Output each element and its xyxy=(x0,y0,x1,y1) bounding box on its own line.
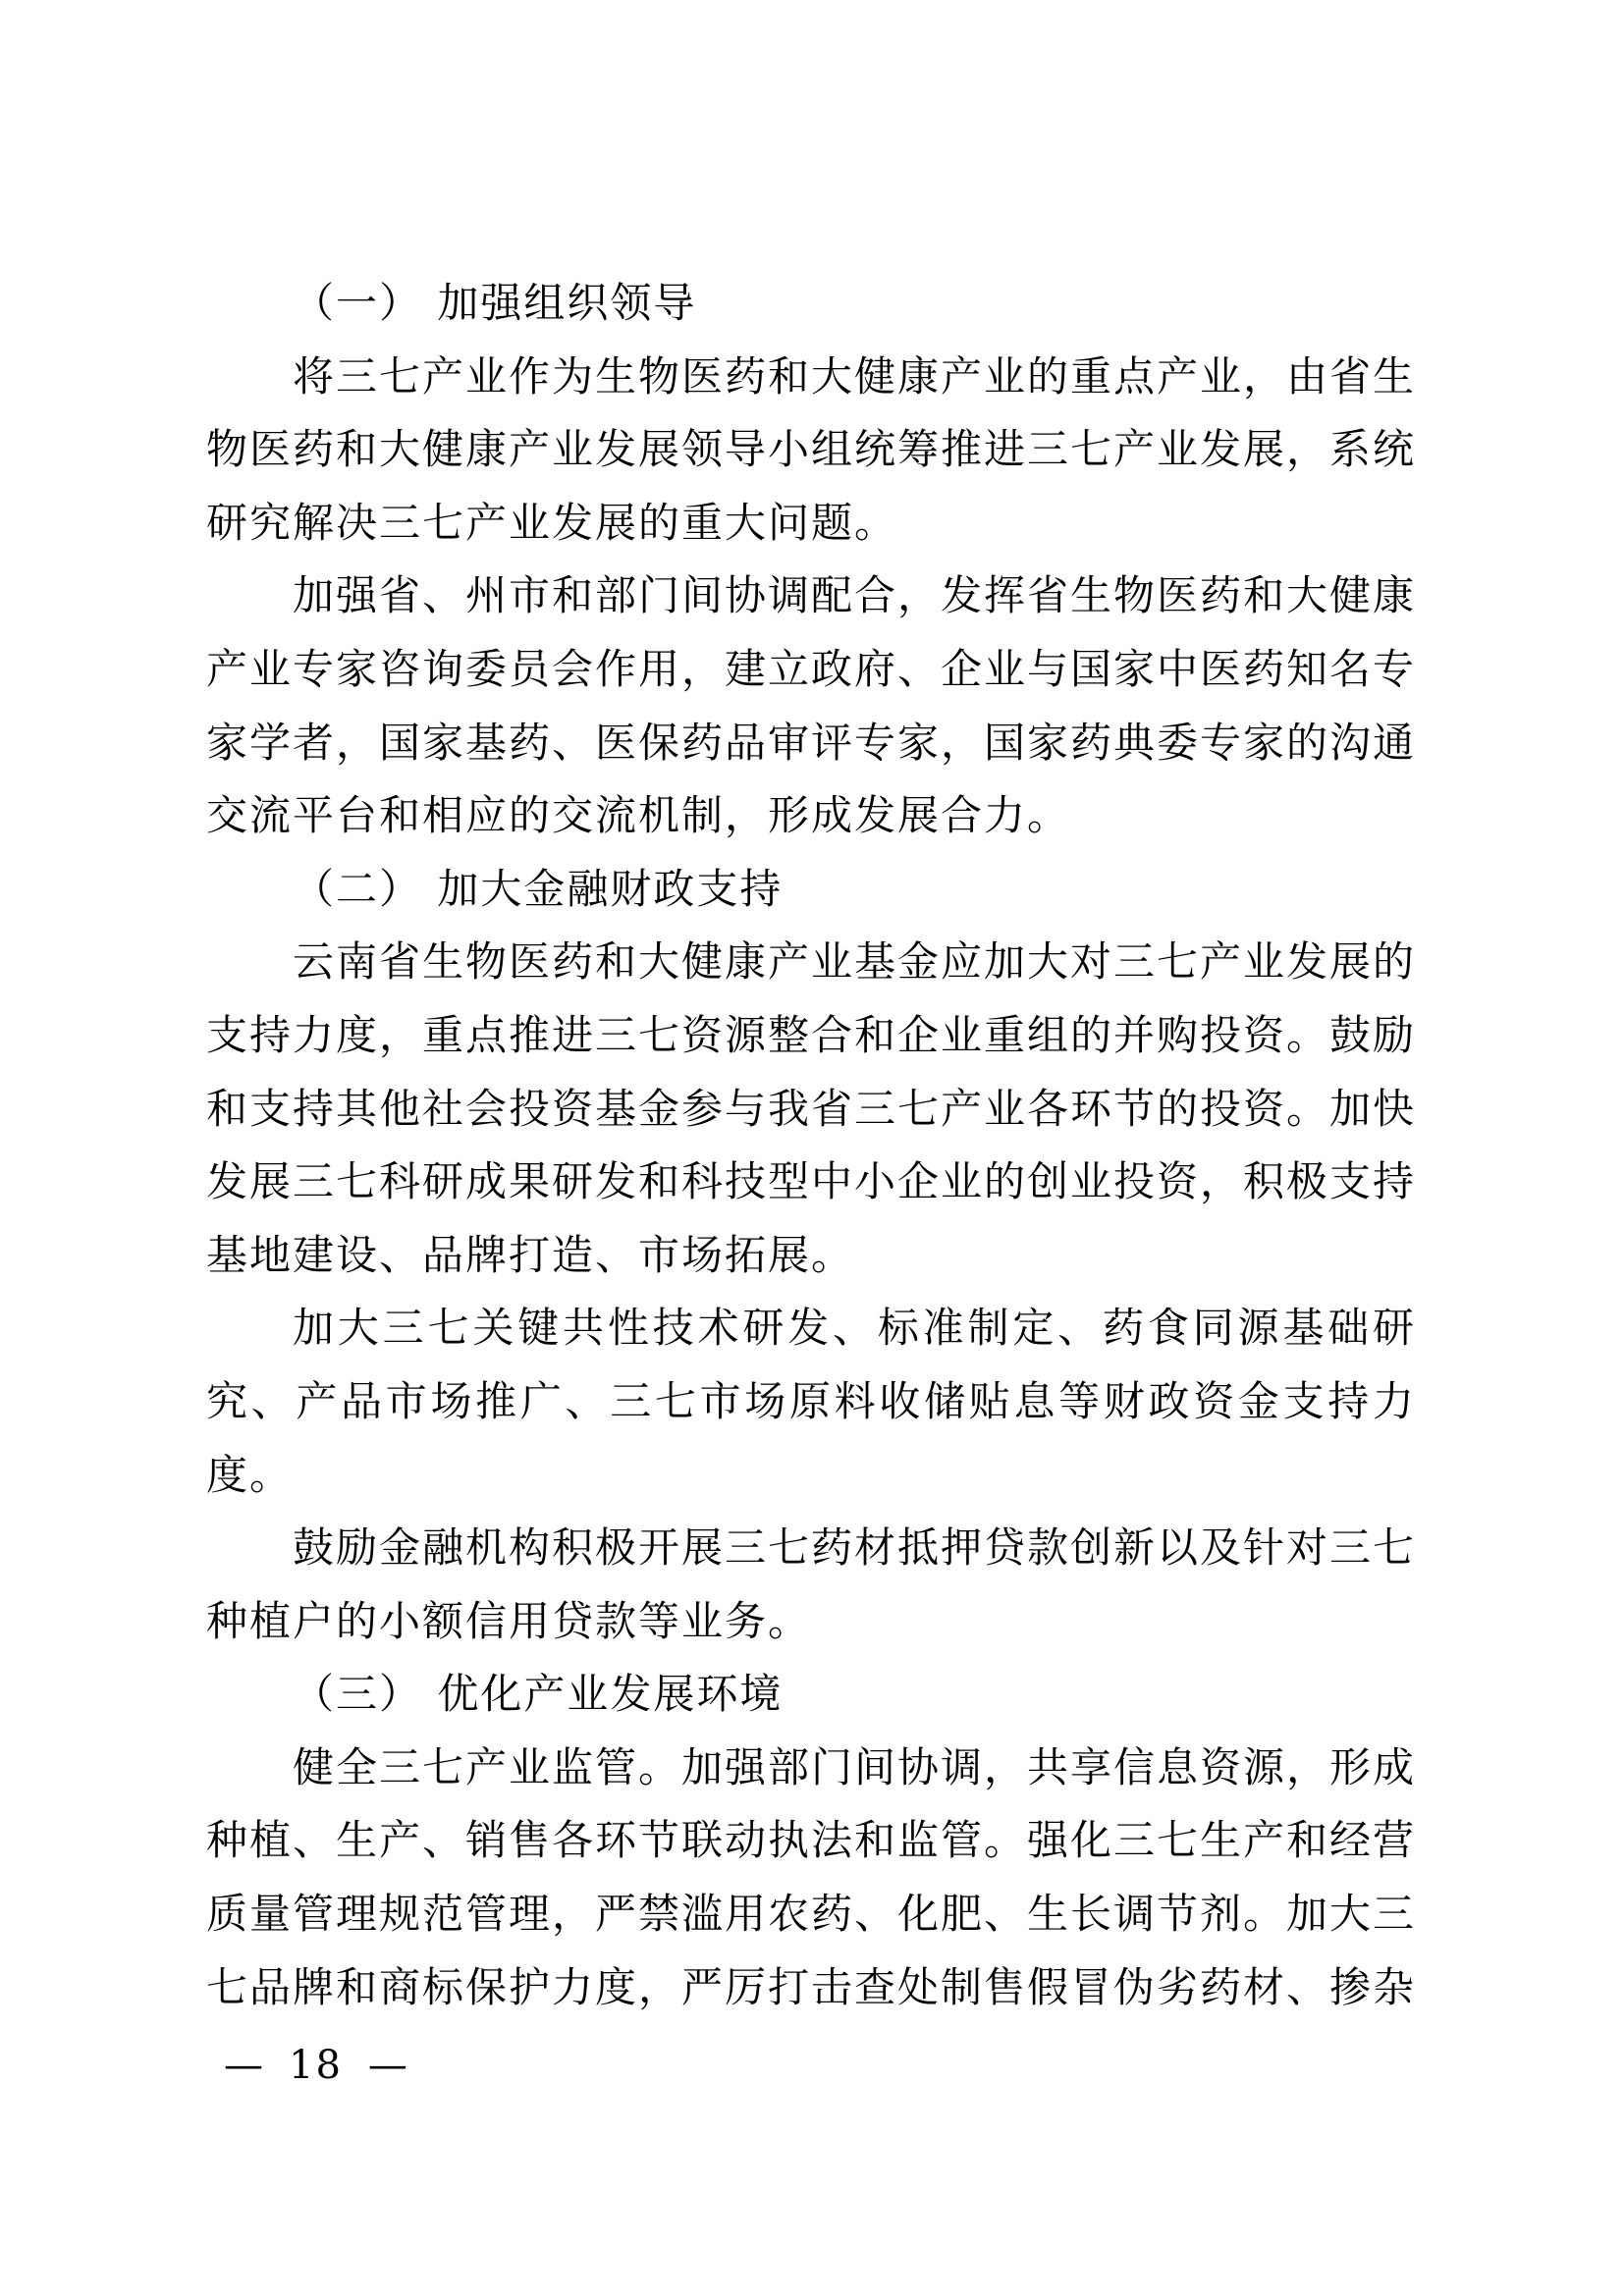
paragraph: 将三七产业作为生物医药和大健康产业的重点产业，由省生物医药和大健康产业发展领导小… xyxy=(206,341,1416,561)
paragraph: 健全三七产业监管。加强部门间协调，共享信息资源，形成种植、生产、销售各环节联动执… xyxy=(206,1732,1416,2024)
document-page: （一） 加强组织领导 将三七产业作为生物医药和大健康产业的重点产业，由省生物医药… xyxy=(0,0,1624,2296)
section-heading-2: （二） 加大金融财政支持 xyxy=(206,853,1416,927)
section-heading-1: （一） 加强组织领导 xyxy=(206,267,1416,341)
paragraph: 加强省、州市和部门间协调配合，发挥省生物医药和大健康产业专家咨询委员会作用，建立… xyxy=(206,560,1416,852)
footer-right-dash: — xyxy=(368,2044,407,2087)
page-number: 18 xyxy=(289,2044,343,2087)
document-body: （一） 加强组织领导 将三七产业作为生物医药和大健康产业的重点产业，由省生物医药… xyxy=(206,267,1416,2024)
footer-left-dash: — xyxy=(224,2044,263,2087)
paragraph: 加大三七关键共性技术研发、标准制定、药食同源基础研究、产品市场推广、三七市场原料… xyxy=(206,1292,1416,1512)
page-footer: — 18 — xyxy=(224,2044,407,2087)
paragraph: 鼓励金融机构积极开展三七药材抵押贷款创新以及针对三七种植户的小额信用贷款等业务。 xyxy=(206,1512,1416,1658)
paragraph: 云南省生物医药和大健康产业基金应加大对三七产业发展的支持力度，重点推进三七资源整… xyxy=(206,926,1416,1292)
section-heading-3: （三） 优化产业发展环境 xyxy=(206,1658,1416,1732)
